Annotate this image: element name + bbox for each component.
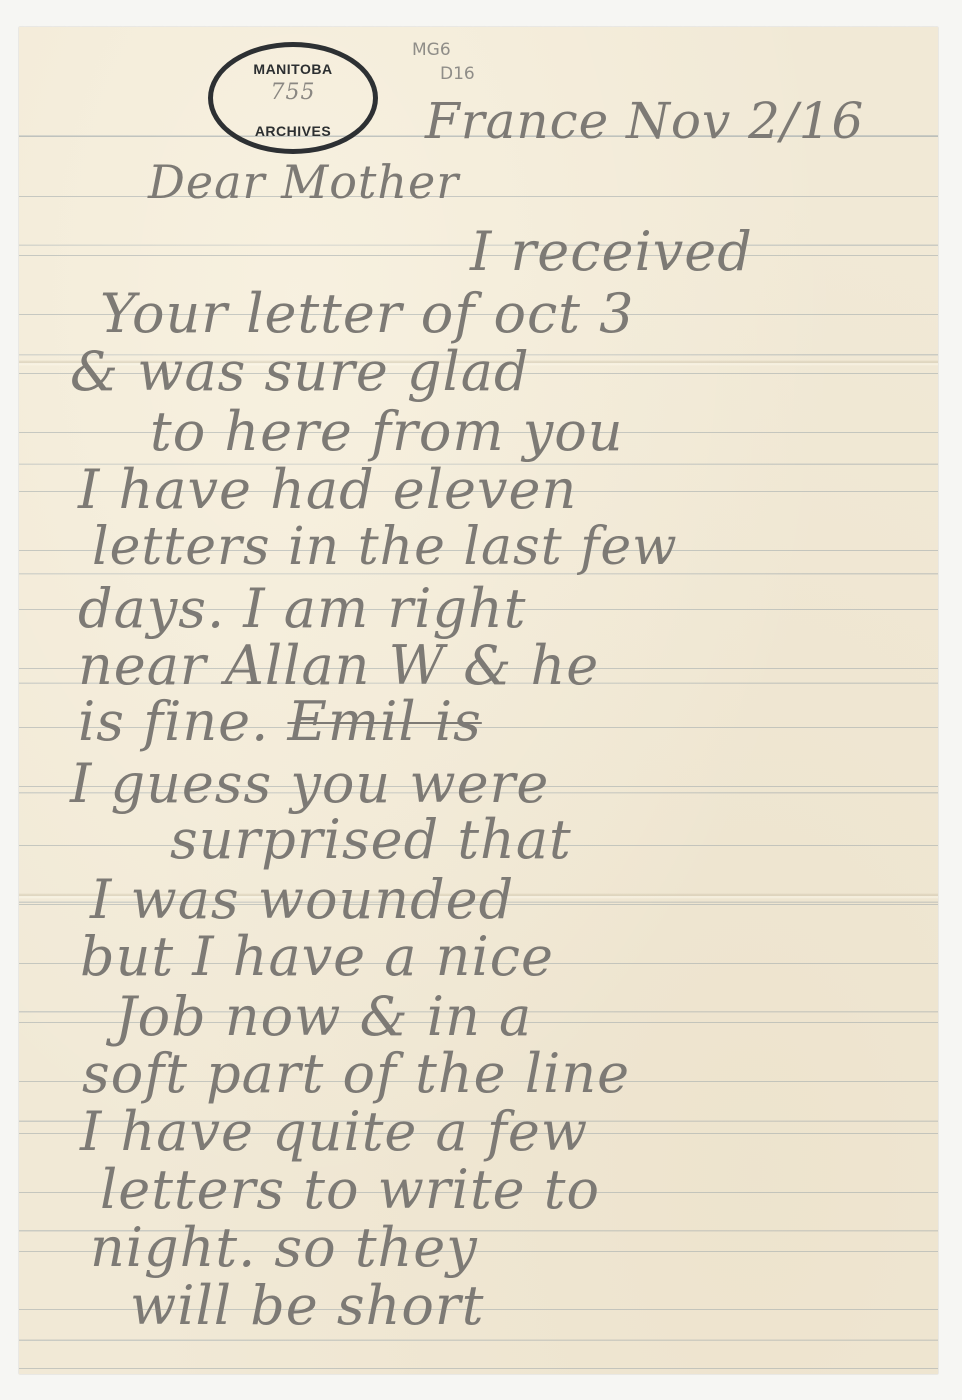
letter-line: but I have a nice: [80, 925, 554, 988]
letter-line: soft part of the line: [82, 1042, 630, 1105]
letter-line: night. so they: [90, 1216, 478, 1279]
dateline: France Nov 2/16: [425, 92, 864, 150]
letter-line: Job now & in a: [115, 985, 532, 1048]
letter-line: I received: [470, 220, 753, 283]
pencil-reference-mg: MG6: [412, 40, 451, 60]
stamp-top-text: MANITOBA: [213, 61, 373, 77]
stamp-bottom-text: ARCHIVES: [213, 123, 373, 139]
struck-through-text: Emil is: [287, 690, 481, 753]
letter-line: I have had eleven: [78, 458, 577, 521]
stamp-accession-number: 755: [213, 80, 373, 105]
letter-line: near Allan W & he: [78, 634, 599, 697]
ruled-line: [19, 1368, 938, 1369]
letter-line: I have quite a few: [80, 1100, 588, 1163]
letter-line: I was wounded: [90, 868, 514, 931]
letter-line: Your letter of oct 3: [100, 282, 634, 345]
letter-line: days. I am right: [78, 577, 527, 640]
letter-line: letters in the last few: [92, 517, 678, 577]
letter-line: is fine. Emil is: [78, 690, 482, 753]
pencil-reference-d: D16: [440, 64, 475, 84]
letter-line: I guess you were: [70, 752, 549, 815]
letter-line: & was sure glad: [70, 340, 530, 403]
letter-line: letters to write to: [100, 1158, 600, 1221]
archive-stamp: MANITOBA 755 ARCHIVES: [208, 42, 378, 154]
letter-line-text: is fine.: [78, 690, 269, 753]
letter-line: will be short: [130, 1274, 484, 1337]
scan-background: MANITOBA 755 ARCHIVES MG6 D16 France Nov…: [0, 0, 962, 1400]
letter-line: to here from you: [150, 400, 624, 463]
letter-line: surprised that: [170, 808, 572, 871]
perforated-edge: [19, 22, 938, 30]
salutation: Dear Mother: [148, 155, 459, 209]
